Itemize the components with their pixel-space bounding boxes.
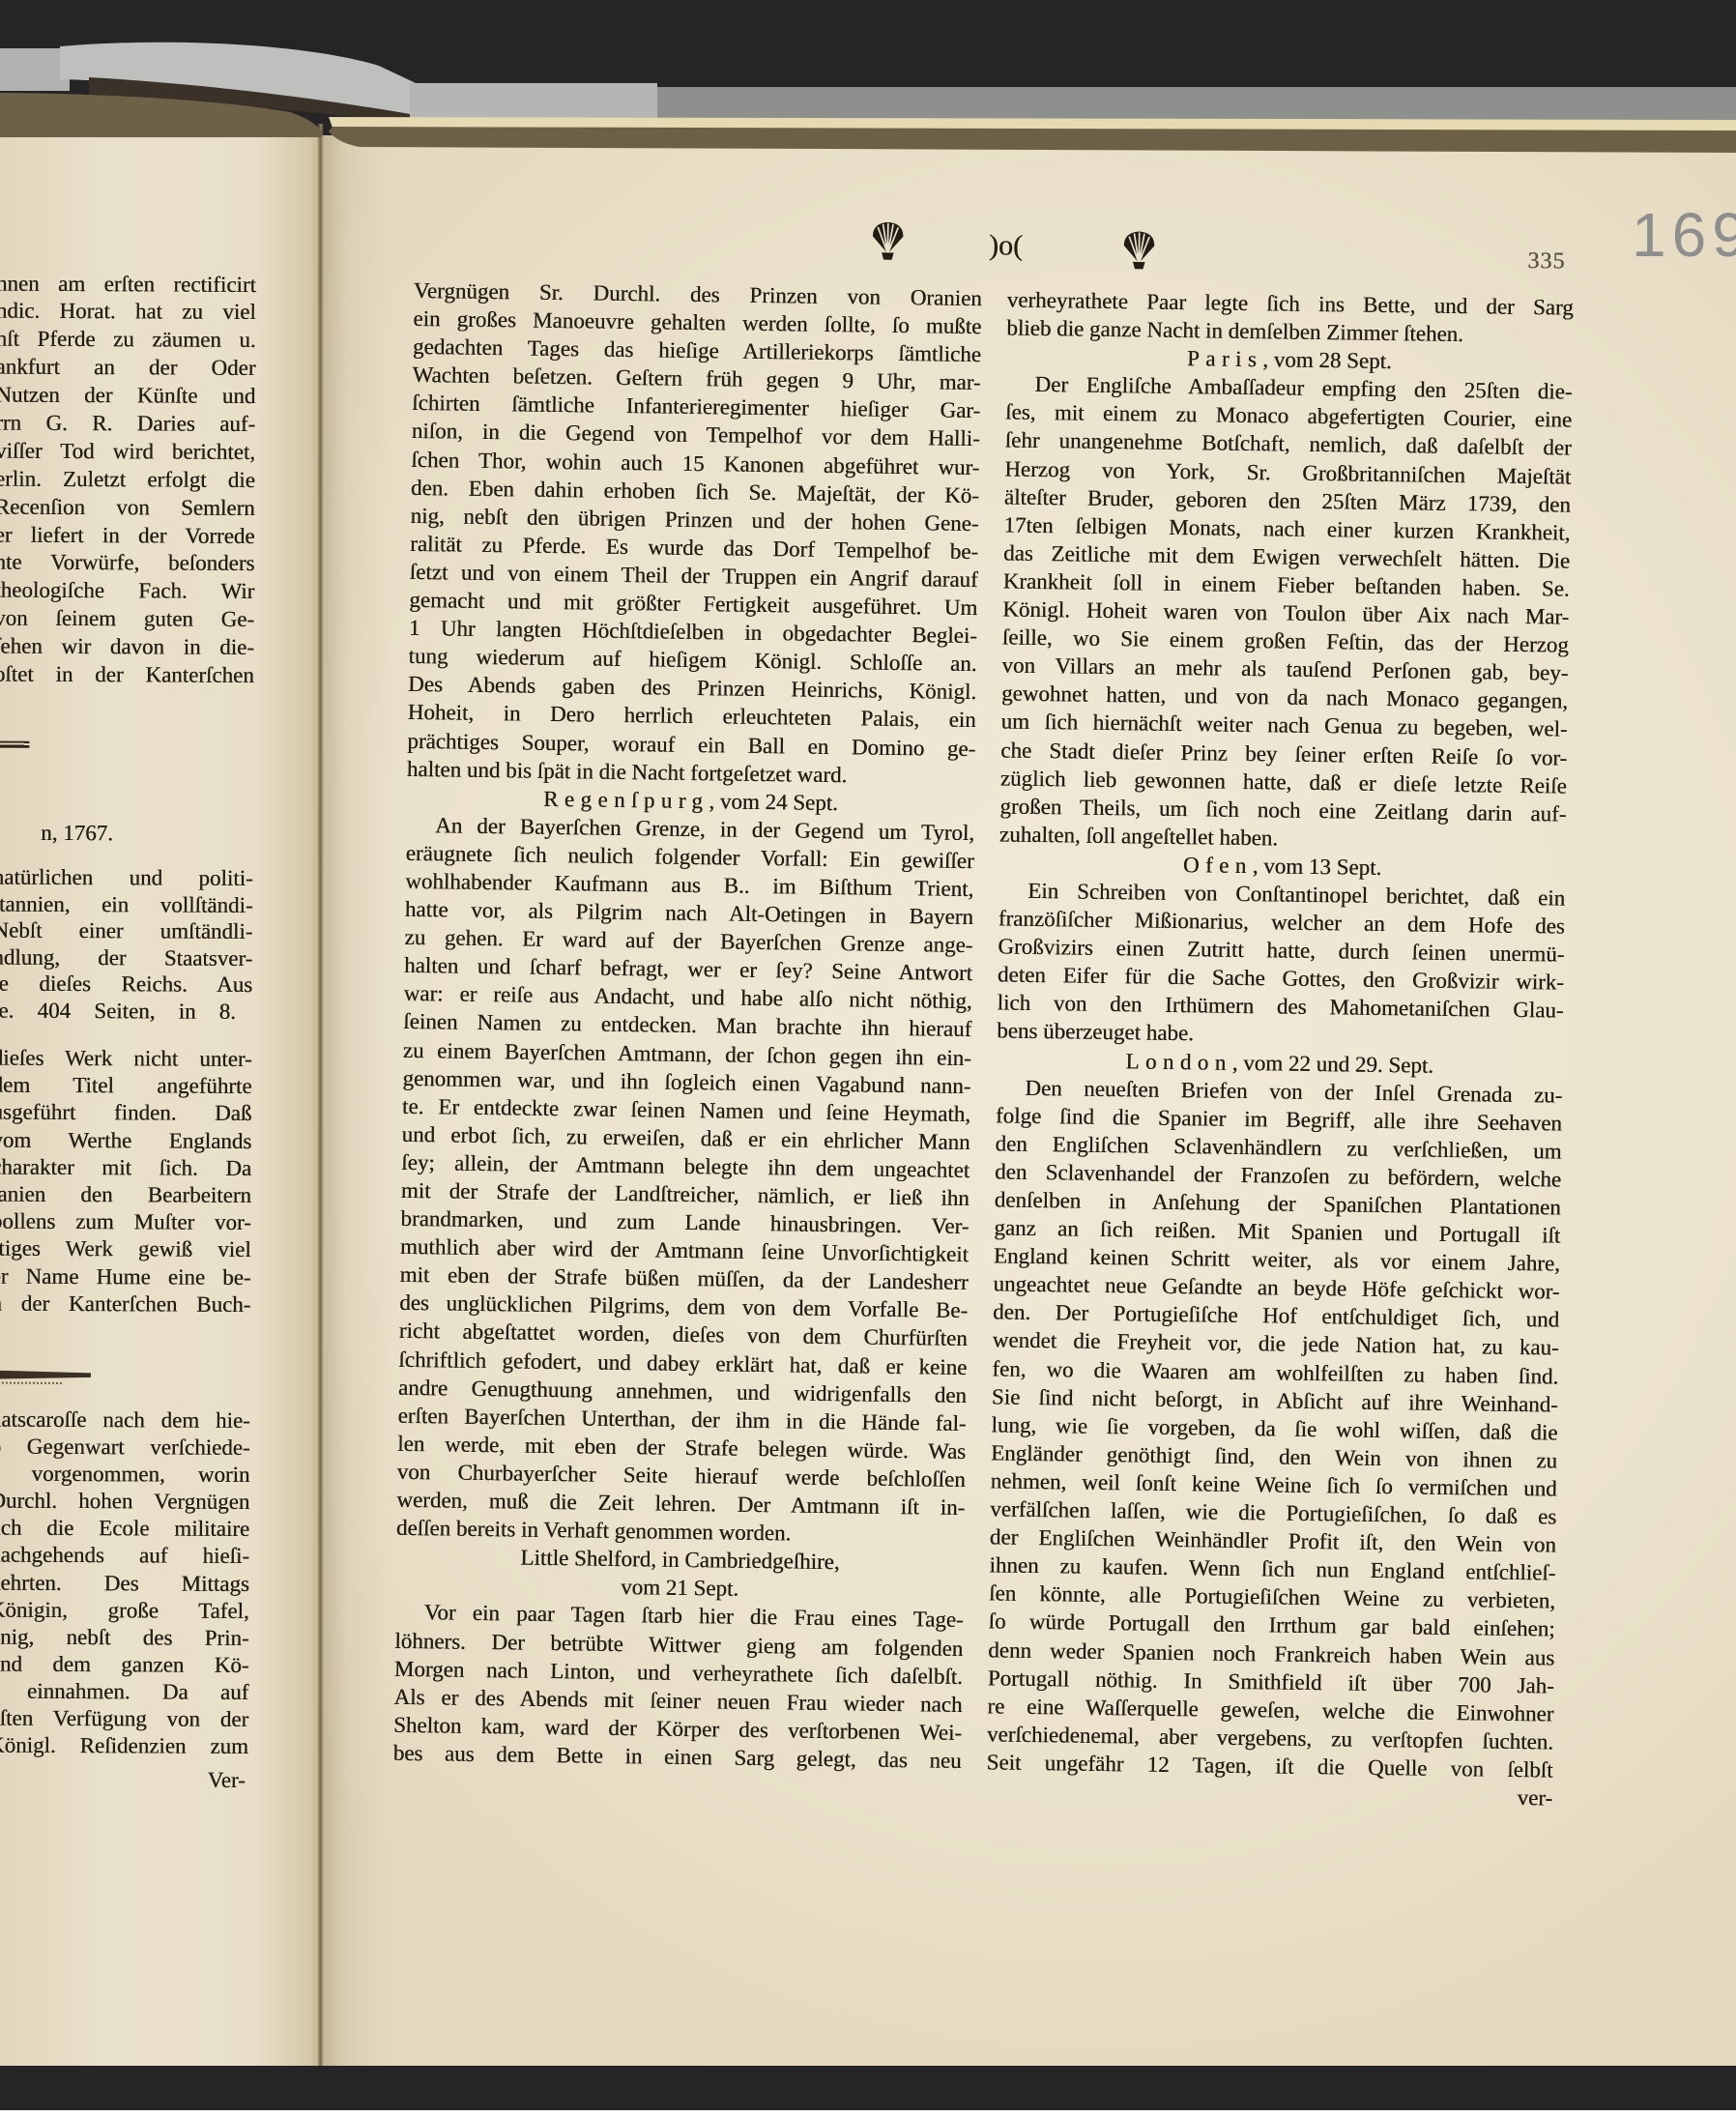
text-line: ſe dieſes Reichs. Aus [0,971,252,999]
left-text-block-2: natürlichen und politi- itannien, ein vo… [0,864,253,1026]
left-page-text: nnen am erſten rectificirt ndic. Horat. … [0,133,321,2066]
dateline-place: London [1125,1049,1232,1075]
book-scan: nnen am erſten rectificirt ndic. Horat. … [0,0,1736,2110]
text-column-left: Vergnügen Sr. Durchl. des Prinzen von Or… [392,276,981,1775]
dateline-date: , vom 13 Sept. [1253,854,1382,880]
text-line: oſtet in der Kanterſchen [0,661,254,690]
article-ofen: Ofen, vom 13 Sept. Ein Schreiben von Con… [997,848,1566,1053]
center-mark-ornament: )o( [981,230,1029,262]
left-text-block-3: dieſes Werk nicht unter- dem Titel angef… [0,1045,252,1319]
article-regensburg: Regenſpurg, vom 24 Sept. An der Bayerſch… [396,783,975,1551]
text-line: hte Vorwürfe, beſonders [0,549,254,578]
text-line: charakter mit ſich. Da [0,1153,251,1182]
text-line: natürlichen und politi- [0,864,253,892]
article-continued: verheyrathete Paar legte ſich ins Bette,… [1006,285,1574,349]
text-line: ankfurt an der Oder [0,354,256,383]
text-line: Recenſion von Semlern [0,493,255,522]
text-line: Königin, große Tafel, [0,1596,249,1625]
text-line: l einnahmen. Da auf [0,1678,248,1707]
text-line: Königl. Reſidenzien zum [0,1732,248,1761]
text-line: viſſer Tod wird berichtet, [0,437,255,466]
text-line: theologiſche Fach. Wir [0,577,254,606]
text-line: o Gegenwart verſchiede- [0,1434,250,1463]
dateline-date: , vom 22 und 29. Sept. [1232,1050,1434,1077]
text-line: ndic. Horat. hat zu viel [0,298,256,327]
text-line: pollens zum Muſter vor- [0,1208,251,1237]
text-line: Nebſt einer umſtändli- [0,917,252,945]
text-line: er Name Hume eine be- [0,1262,251,1291]
text-line: usgeführt finden. Daß [0,1099,251,1128]
text-line: ndlung, der Staatsver- [0,943,252,971]
text-line: und dem ganzen Kö- [0,1650,249,1679]
left-text-block-1: nnen am erſten rectificirt ndic. Horat. … [0,270,256,690]
text-line: itannien, ein vollſtändi- [0,890,253,918]
left-page: nnen am erſten rectificirt ndic. Horat. … [0,133,321,2066]
article-london: London, vom 22 und 29. Sept. Den neueſte… [986,1045,1563,1784]
dotted-divider [0,1382,62,1384]
text-line: rtiges Werk gewiß viel [0,1235,251,1264]
article-continued: Vergnügen Sr. Durchl. des Prinzen von Or… [407,276,982,791]
dateline-place: Ofen [1183,853,1253,878]
dateline-place: Regenſpurg [543,787,709,813]
text-line: tanien den Bearbeitern [0,1181,251,1210]
text-line: nſt Pferde zu zäumen u. [0,326,256,355]
text-line: önig, nebſt des Prin- [0,1623,249,1652]
right-page: )o( 335 Vergnügen Sr. Durchl. des Prinze… [322,135,1736,2066]
catchword: Ver- [0,1765,246,1794]
text-line: er liefert in der Vorrede [0,521,255,550]
text-line: ie. 404 Seiten, in 8. [0,998,252,1026]
dateline-place: Little Shelford, in Cambriedgeſhire, [520,1546,840,1575]
text-line: erlin. Zuletzt erfolgt die [0,465,255,494]
text-line: Durchl. hohen Vergnügen [0,1488,249,1517]
book-gutter [317,124,324,2066]
article-paris: Paris, vom 28 Sept. Der Engliſche Ambaſſ… [999,342,1573,856]
text-line: dieſes Werk nicht unter- [0,1045,252,1074]
shell-ornament-icon [1120,229,1158,271]
text-line: von ſeinem guten Ge- [0,605,254,634]
text-line: s vorgenommen, worin [0,1461,250,1490]
text-line: nachgehends auf hieſi- [0,1542,249,1571]
text-line: rrn G. R. Daries auf- [0,410,255,439]
text-line: n der Kanterſchen Buch- [0,1290,250,1319]
text-line: kehrten. Des Mittags [0,1569,249,1598]
dateline-date: , vom 24 Sept. [709,789,838,815]
dateline-date: vom 21 Sept. [621,1575,738,1601]
page-number: 335 [1527,248,1565,275]
text-line: Nutzen der Künſte und [0,382,255,411]
shell-ornament-icon [869,220,907,262]
text-column-right: verheyrathete Paar legte ſich ins Bette,… [986,285,1574,1812]
dateline-fragment: n, 1767. [0,818,113,848]
text-line: hſten Verfügung von der [0,1705,248,1734]
right-page-content: )o( 335 Vergnügen Sr. Durchl. des Prinze… [322,135,1736,2066]
text-line: ſehen wir davon in die- [0,633,254,662]
left-text-block-4: natscaroſſe nach dem hie- o Gegenwart ve… [0,1406,250,1761]
dateline-date: , vom 28 Sept. [1262,347,1392,373]
text-line: uch die Ecole militaire [0,1515,249,1544]
text-line: vom Werthe Englands [0,1126,251,1155]
article-little-shelford: Little Shelford, in Cambriedgeſhire, vom… [392,1542,964,1775]
book-binding-graphic [0,0,1736,159]
text-line: nnen am erſten rectificirt [0,270,256,299]
archive-stamp-number: 169 [1632,201,1736,269]
dateline-place: Paris [1187,346,1263,371]
ornamental-divider-rule [0,1371,91,1380]
section-divider-rule [0,741,29,748]
text-line: natscaroſſe nach dem hie- [0,1406,250,1435]
text-line: dem Titel angeführte [0,1072,252,1101]
